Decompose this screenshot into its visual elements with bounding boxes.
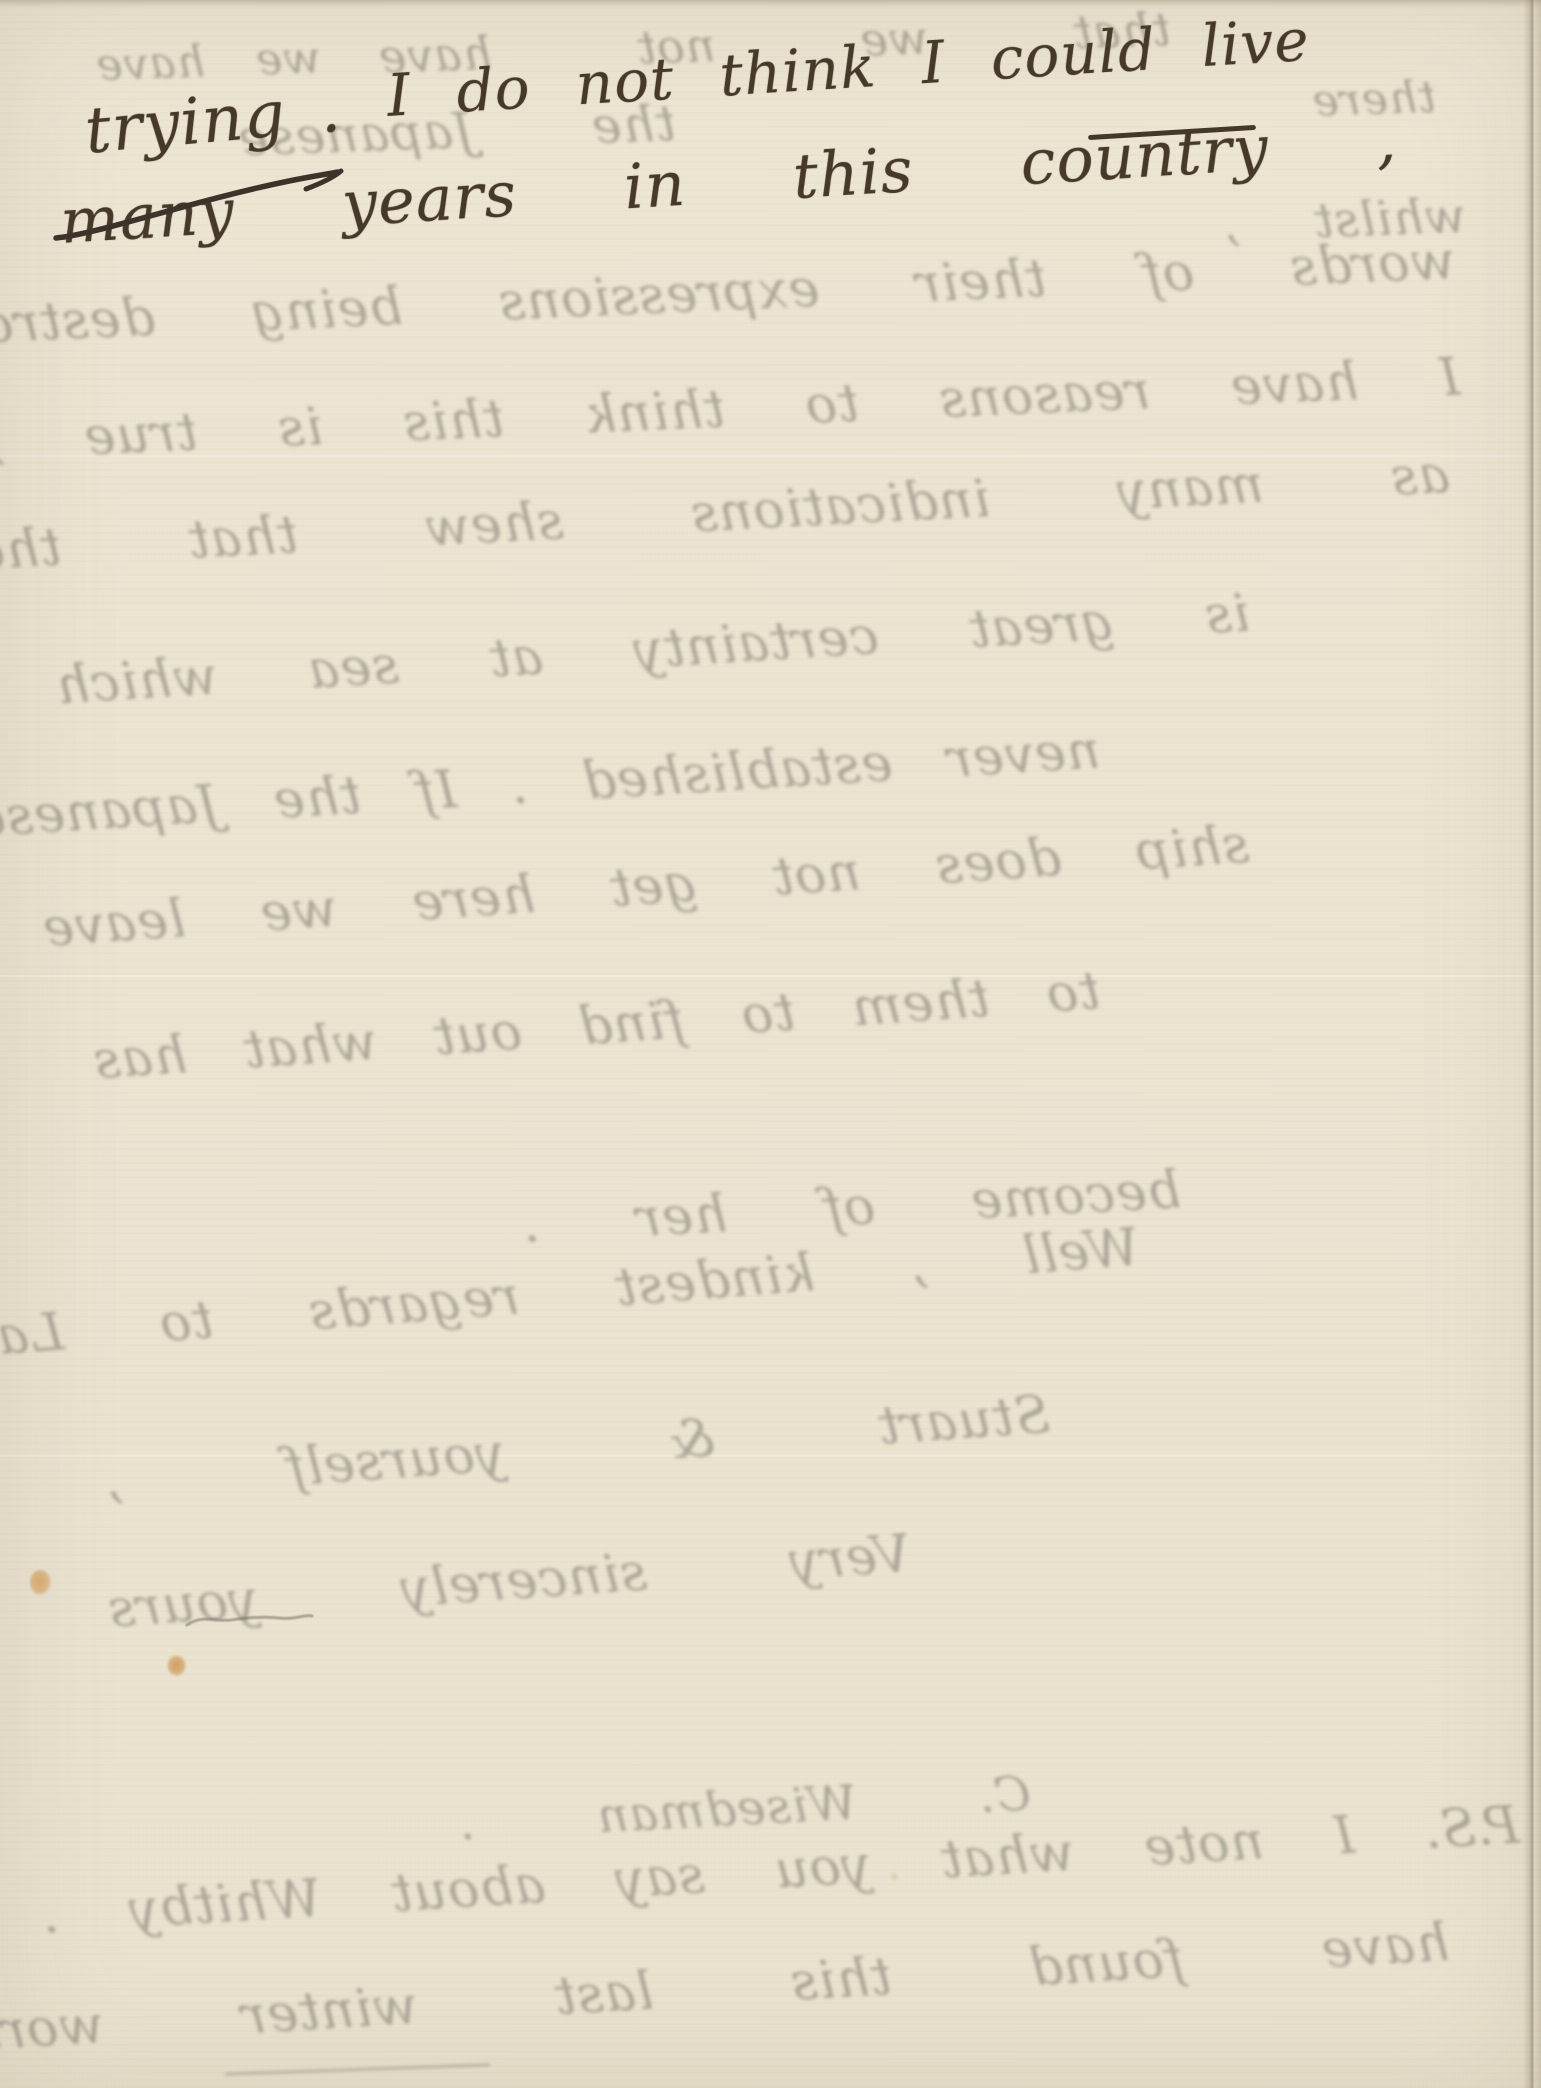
page-edge-shadow-top (0, 0, 1541, 8)
page-edge-shadow-right (1523, 0, 1541, 2088)
bleedthrough-line-g5: is great certainty at sea which is (30, 584, 1251, 718)
bleedthrough-line-g2a: whilst , (1125, 188, 1467, 256)
underline-flourish (44, 158, 354, 253)
bleedthrough-line-g7: ship does not get here we leave it (30, 815, 1251, 960)
bleedthrough-line-g8: to them to find out what has (230, 961, 1102, 1082)
bleedthrough-line-g3: I have reasons to think this is true , (75, 348, 1461, 468)
pencil-squiggle (183, 1605, 317, 1635)
letter-page: we havethat we not havethe Japanesethere… (0, 0, 1541, 2088)
bleedthrough-underline (225, 2063, 490, 2075)
scan-line (0, 975, 1541, 977)
foxing-spot (30, 1570, 51, 1595)
bleedthrough-line-g15: have found this last winter worst (55, 1913, 1451, 2058)
bleedthrough-line-g6: never established . If the Japanese (160, 721, 1102, 838)
foxing-spot (167, 1655, 186, 1676)
bleedthrough-line-g11: Stuart & yourself , (150, 1385, 1052, 1508)
bleedthrough-line-g4: as many indications shew that there (55, 445, 1451, 578)
